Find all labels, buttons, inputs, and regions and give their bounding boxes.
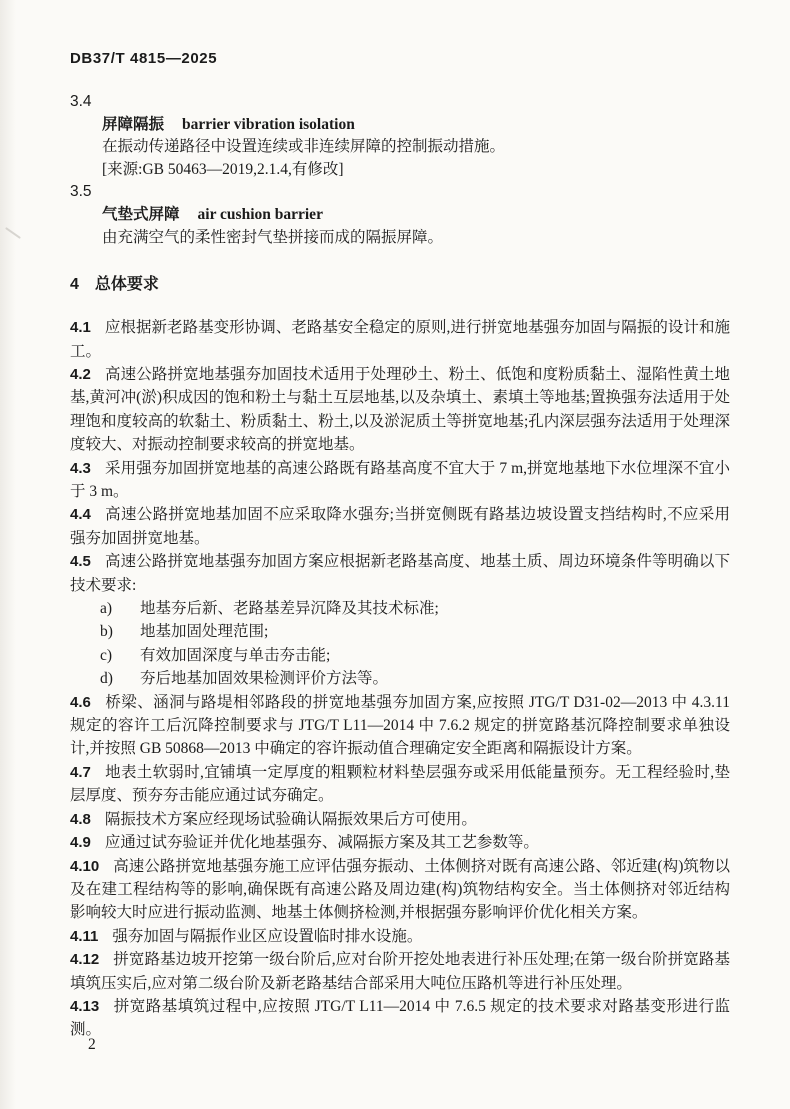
clause-number: 4.9: [70, 834, 91, 851]
item-label: d): [100, 667, 122, 690]
page-number: 2: [88, 1036, 96, 1054]
item-text: 地基加固处理范围;: [140, 623, 268, 640]
scan-artifact: [5, 227, 21, 239]
clause-text: 高速公路拼宽地基加固不应采取降水强夯;当拼宽侧既有路基边坡设置支挡结构时,不应采…: [70, 506, 730, 546]
clause-number: 4.4: [70, 506, 91, 523]
clause-text: 应根据新老路基变形协调、老路基安全稳定的原则,进行拼宽地基强夯加固与隔振的设计和…: [70, 319, 730, 359]
chapter-title: 总体要求: [95, 276, 159, 293]
term-name-zh: 屏障隔振: [102, 116, 164, 133]
clause-text: 高速公路拼宽地基强夯施工应评估强夯振动、土体侧挤对既有高速公路、邻近建(构)筑物…: [70, 858, 730, 922]
item-text: 地基夯后新、老路基差异沉降及其技术标准;: [140, 600, 439, 617]
list-item-a: a)地基夯后新、老路基差异沉降及其技术标准;: [70, 597, 730, 620]
item-text: 有效加固深度与单击夯击能;: [140, 647, 330, 664]
clause-text: 地表土软弱时,宜铺填一定厚度的粗颗粒材料垫层强夯或采用低能量预夯。无工程经验时,…: [70, 764, 730, 804]
chapter-heading: 4总体要求: [70, 275, 730, 295]
clause-number: 4.3: [70, 460, 91, 477]
clause-4-9: 4.9应通过试夯验证并优化地基强夯、减隔振方案及其工艺参数等。: [70, 831, 730, 854]
item-label: a): [100, 597, 122, 620]
clause-4-7: 4.7地表土软弱时,宜铺填一定厚度的粗颗粒材料垫层强夯或采用低能量预夯。无工程经…: [70, 761, 730, 808]
clause-4-10: 4.10高速公路拼宽地基强夯施工应评估强夯振动、土体侧挤对既有高速公路、邻近建(…: [70, 855, 730, 925]
clause-number: 4.6: [70, 694, 91, 711]
term-3-5: 3.5 气垫式屏障air cushion barrier 由充满空气的柔性密封气…: [70, 181, 730, 249]
clause-text: 高速公路拼宽地基强夯加固方案应根据新老路基高度、地基土质、周边环境条件等明确以下…: [70, 553, 730, 593]
clause-number: 4.1: [70, 319, 91, 336]
clause-text: 桥梁、涵洞与路堤相邻路段的拼宽地基强夯加固方案,应按照 JTG/T D31-02…: [70, 694, 730, 758]
clause-number: 4.11: [70, 928, 98, 945]
list-item-d: d)夯后地基加固效果检测评价方法等。: [70, 667, 730, 690]
clause-number: 4.8: [70, 811, 91, 828]
clauses-section: 4.1应根据新老路基变形协调、老路基安全稳定的原则,进行拼宽地基强夯加固与隔振的…: [70, 316, 730, 1042]
term-name: 屏障隔振barrier vibration isolation: [70, 114, 730, 137]
clause-4-12: 4.12拼宽路基边坡开挖第一级台阶后,应对台阶开挖处地表进行补压处理;在第一级台…: [70, 948, 730, 995]
clause-number: 4.13: [70, 998, 99, 1015]
term-definition: 由充满空气的柔性密封气垫拼接而成的隔振屏障。: [70, 227, 730, 250]
clause-4-13: 4.13拼宽路基填筑过程中,应按照 JTG/T L11—2014 中 7.6.5…: [70, 995, 730, 1042]
item-label: b): [100, 620, 122, 643]
clause-number: 4.7: [70, 764, 91, 781]
clause-4-5: 4.5高速公路拼宽地基强夯加固方案应根据新老路基高度、地基土质、周边环境条件等明…: [70, 550, 730, 597]
term-source: [来源:GB 50463—2019,2.1.4,有修改]: [70, 159, 730, 182]
term-name-en: barrier vibration isolation: [182, 116, 355, 133]
standard-code: DB37/T 4815—2025: [70, 50, 730, 67]
clause-number: 4.12: [70, 951, 99, 968]
term-number: 3.5: [70, 181, 730, 204]
list-item-b: b)地基加固处理范围;: [70, 620, 730, 643]
clause-text: 高速公路拼宽地基强夯加固技术适用于处理砂土、粉土、低饱和度粉质黏土、湿陷性黄土地…: [70, 366, 730, 453]
term-definition: 在振动传递路径中设置连续或非连续屏障的控制振动措施。: [70, 136, 730, 159]
terms-section: 3.4 屏障隔振barrier vibration isolation 在振动传…: [70, 91, 730, 249]
clause-number: 4.5: [70, 553, 91, 570]
clause-4-1: 4.1应根据新老路基变形协调、老路基安全稳定的原则,进行拼宽地基强夯加固与隔振的…: [70, 316, 730, 363]
term-name-zh: 气垫式屏障: [102, 206, 180, 223]
clause-text: 拼宽路基边坡开挖第一级台阶后,应对台阶开挖处地表进行补压处理;在第一级台阶拼宽路…: [70, 951, 730, 991]
list-item-c: c)有效加固深度与单击夯击能;: [70, 644, 730, 667]
clause-4-2: 4.2高速公路拼宽地基强夯加固技术适用于处理砂土、粉土、低饱和度粉质黏土、湿陷性…: [70, 363, 730, 457]
term-name-en: air cushion barrier: [198, 206, 323, 223]
clause-4-6: 4.6桥梁、涵洞与路堤相邻路段的拼宽地基强夯加固方案,应按照 JTG/T D31…: [70, 691, 730, 761]
clause-4-11: 4.11强夯加固与隔振作业区应设置临时排水设施。: [70, 925, 730, 948]
term-3-4: 3.4 屏障隔振barrier vibration isolation 在振动传…: [70, 91, 730, 181]
clause-number: 4.10: [70, 858, 99, 875]
clause-4-8: 4.8隔振技术方案应经现场试验确认隔振效果后方可使用。: [70, 808, 730, 831]
term-name: 气垫式屏障air cushion barrier: [70, 204, 730, 227]
clause-text: 强夯加固与隔振作业区应设置临时排水设施。: [112, 928, 422, 945]
clause-4-5-items: a)地基夯后新、老路基差异沉降及其技术标准; b)地基加固处理范围; c)有效加…: [70, 597, 730, 691]
item-label: c): [100, 644, 122, 667]
clause-4-4: 4.4高速公路拼宽地基加固不应采取降水强夯;当拼宽侧既有路基边坡设置支挡结构时,…: [70, 503, 730, 550]
clause-4-3: 4.3采用强夯加固拼宽地基的高速公路既有路基高度不宜大于 7 m,拼宽地基地下水…: [70, 457, 730, 504]
term-number: 3.4: [70, 91, 730, 114]
clause-text: 隔振技术方案应经现场试验确认隔振效果后方可使用。: [105, 811, 477, 828]
clause-text: 采用强夯加固拼宽地基的高速公路既有路基高度不宜大于 7 m,拼宽地基地下水位埋深…: [70, 460, 730, 500]
clause-number: 4.2: [70, 366, 91, 383]
clause-text: 拼宽路基填筑过程中,应按照 JTG/T L11—2014 中 7.6.5 规定的…: [70, 998, 730, 1038]
clause-text: 应通过试夯验证并优化地基强夯、减隔振方案及其工艺参数等。: [105, 834, 539, 851]
document-page: DB37/T 4815—2025 3.4 屏障隔振barrier vibrati…: [0, 0, 790, 1109]
chapter-number: 4: [70, 276, 79, 293]
item-text: 夯后地基加固效果检测评价方法等。: [140, 670, 388, 687]
